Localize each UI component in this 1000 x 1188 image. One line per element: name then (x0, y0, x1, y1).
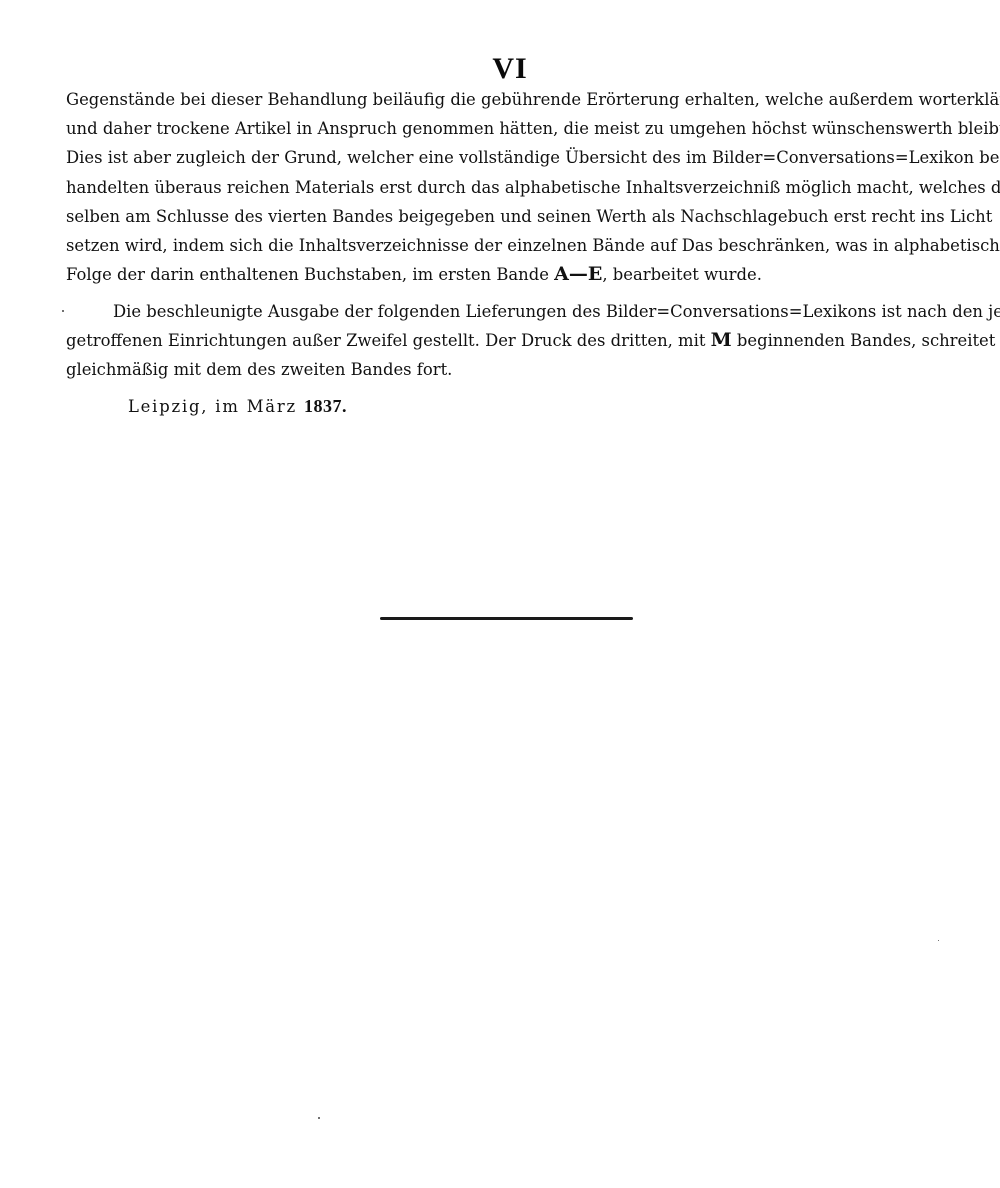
signoff-year: 1837. (304, 396, 347, 416)
text-fragment: , bearbeitet wurde. (602, 265, 762, 284)
text-line: selben am Schlusse des vierten Bandes be… (66, 202, 938, 231)
text-line: getroffenen Einrichtungen außer Zweifel … (66, 326, 938, 355)
scan-speck (318, 1117, 320, 1119)
separator-rule (380, 617, 633, 620)
volume-letter: M (711, 329, 732, 351)
paragraph-2: Die beschleunigte Ausgabe der folgenden … (66, 297, 938, 385)
text-fragment: Folge der darin enthaltenen Buchstaben, … (66, 265, 554, 284)
text-fragment: getroffenen Einrichtungen außer Zweifel … (66, 331, 711, 350)
text-line-last: gleichmäßig mit dem des zweiten Bandes f… (66, 355, 938, 384)
text-line: und daher trockene Artikel in Anspruch g… (66, 114, 938, 143)
text-line: Die beschleunigte Ausgabe der folgenden … (66, 297, 938, 326)
paragraph-1: Gegenstände bei dieser Behandlung beiläu… (66, 85, 938, 289)
text-line: Dies ist aber zugleich der Grund, welche… (66, 143, 938, 172)
text-line: handelten überaus reichen Materials erst… (66, 173, 938, 202)
scan-speck (62, 310, 64, 312)
text-line-last: Folge der darin enthaltenen Buchstaben, … (66, 260, 938, 289)
volume-range: A—E (554, 263, 602, 285)
text-line: Gegenstände bei dieser Behandlung beiläu… (66, 85, 938, 114)
scan-speck (938, 940, 939, 941)
text-fragment: beginnenden Bandes, schreitet (732, 331, 996, 350)
signoff-place-date: Leipzig, im März (128, 397, 304, 416)
document-page: VI Gegenstände bei dieser Behandlung bei… (0, 0, 1000, 1188)
page-number: VI (470, 52, 550, 86)
text-line: setzen wird, indem sich die Inhaltsverze… (66, 231, 938, 260)
signoff: Leipzig, im März 1837. (128, 396, 347, 417)
